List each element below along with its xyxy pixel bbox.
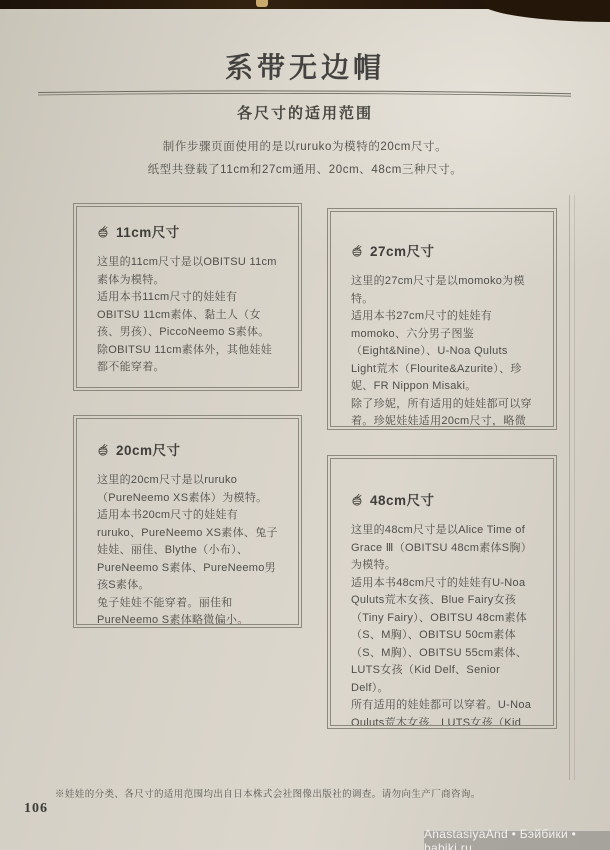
footnote: ※娃娃的分类、各尺寸的适用范围均出自日本株式会社图像出版社的调查。请勿向生产厂商… (55, 786, 535, 800)
size-box-paragraph: 兔子娃娃不能穿着。丽佳和PureNeemo S素体略微偏小。 (97, 595, 280, 626)
page-number: 106 (24, 801, 48, 817)
size-box-heading-label: 20cm尺寸 (116, 439, 181, 459)
section-subtitle: 各尺寸的适用范围 (0, 102, 610, 123)
size-box-heading-label: 11cm尺寸 (116, 221, 180, 241)
size-box-body: 这里的11cm尺寸是以OBITSU 11cm素体为模特。 适用本书11cm尺寸的… (97, 254, 280, 377)
page-edge-line (569, 195, 570, 780)
page-title: 系带无边帽 (0, 46, 610, 86)
size-box-heading: 48cm尺寸 (351, 489, 535, 509)
title-divider (38, 84, 572, 102)
size-box-inner: 48cm尺寸 这里的48cm尺寸是以Alice Time of Grace Ⅲ（… (330, 458, 554, 726)
size-box-body: 这里的48cm尺寸是以Alice Time of Grace Ⅲ（OBITSU … (351, 522, 535, 726)
size-box-paragraph: 适用本书11cm尺寸的娃娃有OBITSU 11cm素体、黏土人（女孩、男孩）、P… (97, 289, 280, 342)
yarn-icon (97, 443, 110, 456)
intro-line: 纸型共登载了11cm和27cm通用、20cm、48cm三种尺寸。 (0, 159, 610, 182)
size-box-paragraph: 适用本书27cm尺寸的娃娃有momoko、六分男子图鉴（Eight&Nine）、… (351, 308, 535, 396)
bookmark-notch (256, 0, 268, 7)
size-box-paragraph: 这里的48cm尺寸是以Alice Time of Grace Ⅲ（OBITSU … (351, 522, 535, 575)
yarn-icon (351, 244, 364, 257)
size-box-body: 这里的27cm尺寸是以momoko为模特。 适用本书27cm尺寸的娃娃有momo… (351, 273, 535, 427)
size-box-inner: 11cm尺寸 这里的11cm尺寸是以OBITSU 11cm素体为模特。 适用本书… (76, 206, 299, 388)
size-box-paragraph: 这里的27cm尺寸是以momoko为模特。 (351, 273, 535, 308)
size-box-48cm: 48cm尺寸 这里的48cm尺寸是以Alice Time of Grace Ⅲ（… (327, 455, 557, 729)
size-box-inner: 27cm尺寸 这里的27cm尺寸是以momoko为模特。 适用本书27cm尺寸的… (330, 211, 554, 427)
intro-text: 制作步骤页面使用的是以ruruko为模特的20cm尺寸。 纸型共登载了11cm和… (0, 136, 610, 182)
size-box-11cm: 11cm尺寸 这里的11cm尺寸是以OBITSU 11cm素体为模特。 适用本书… (73, 203, 302, 391)
page-corner-shadow (480, 0, 610, 22)
size-box-heading-label: 48cm尺寸 (370, 489, 435, 509)
size-box-heading-label: 27cm尺寸 (370, 240, 435, 260)
yarn-icon (351, 493, 364, 506)
size-box-heading: 20cm尺寸 (97, 439, 280, 459)
watermark: AnastasiyaAnd • Бэйбики • babiki.ru (424, 831, 610, 850)
size-box-paragraph: 适用本书48cm尺寸的娃娃有U-Noa Quluts荒木女孩、Blue Fair… (351, 575, 535, 698)
size-box-heading: 27cm尺寸 (351, 240, 535, 260)
size-box-body: 这里的20cm尺寸是以ruruko（PureNeemo XS素体）为模特。 适用… (97, 472, 280, 625)
size-box-paragraph: 除了珍妮，所有适用的娃娃都可以穿着。珍妮娃娃适用20cm尺寸，略微偏小。 (351, 396, 535, 428)
size-box-20cm: 20cm尺寸 这里的20cm尺寸是以ruruko（PureNeemo XS素体）… (73, 415, 302, 628)
intro-line: 制作步骤页面使用的是以ruruko为模特的20cm尺寸。 (0, 136, 610, 159)
yarn-icon (97, 225, 110, 238)
size-box-paragraph: 这里的20cm尺寸是以ruruko（PureNeemo XS素体）为模特。 (97, 472, 280, 507)
size-box-paragraph: 所有适用的娃娃都可以穿着。U-Noa Quluts荒木女孩、LUTS女孩（Kid… (351, 697, 535, 726)
size-box-paragraph: 适用本书20cm尺寸的娃娃有ruruko、PureNeemo XS素体、兔子娃娃… (97, 507, 280, 595)
size-box-inner: 20cm尺寸 这里的20cm尺寸是以ruruko（PureNeemo XS素体）… (76, 418, 299, 625)
size-box-paragraph: 除OBITSU 11cm素体外，其他娃娃都不能穿着。 (97, 342, 280, 377)
size-box-heading: 11cm尺寸 (97, 221, 280, 241)
size-box-27cm: 27cm尺寸 这里的27cm尺寸是以momoko为模特。 适用本书27cm尺寸的… (327, 208, 557, 430)
page-edge-line (574, 195, 575, 780)
size-box-paragraph: 这里的11cm尺寸是以OBITSU 11cm素体为模特。 (97, 254, 280, 289)
book-page: 系带无边帽 各尺寸的适用范围 制作步骤页面使用的是以ruruko为模特的20cm… (0, 0, 610, 850)
